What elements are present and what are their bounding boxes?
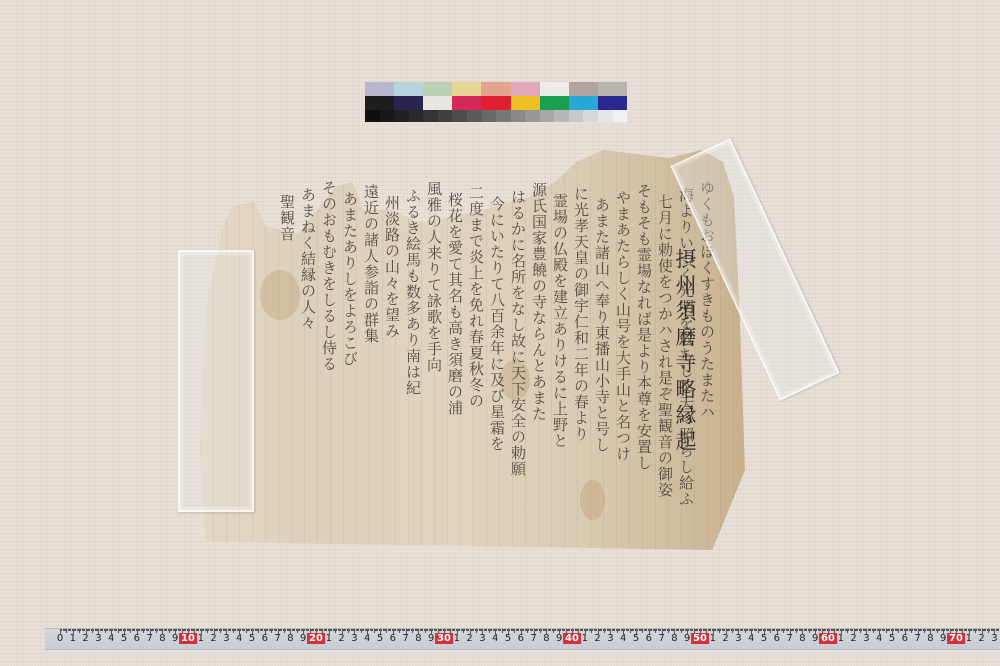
color-swatch [583, 110, 598, 122]
color-swatch [365, 110, 380, 122]
ruler-label: 9 [940, 633, 946, 644]
gray-scale-strip [365, 110, 627, 122]
color-swatch [438, 110, 453, 122]
ruler-label: 1 [198, 633, 204, 644]
ruler-label: 5 [889, 633, 895, 644]
ruler-label: 6 [518, 633, 524, 644]
ruler-label: 3 [735, 633, 741, 644]
ruler-label: 8 [159, 633, 165, 644]
color-chart-top-row [365, 82, 627, 96]
ruler-major-label: 70 [947, 633, 965, 644]
color-swatch [423, 82, 452, 96]
color-swatch [423, 110, 438, 122]
color-swatch [598, 110, 613, 122]
ruler-label: 3 [607, 633, 613, 644]
ruler-label: 5 [761, 633, 767, 644]
ruler-label: 3 [479, 633, 485, 644]
text-column: あまたありしをよろこび [341, 191, 358, 530]
ruler-label: 4 [492, 633, 498, 644]
ruler-label: 8 [799, 633, 805, 644]
color-swatch [540, 82, 569, 96]
color-swatch [481, 82, 510, 96]
color-swatch [365, 82, 394, 96]
color-swatch [394, 110, 409, 122]
color-swatch [394, 96, 423, 110]
text-column: 桜花を愛て其名も高き須磨の浦 [446, 192, 463, 530]
ruler-label: 0 [57, 633, 63, 644]
ruler-label: 5 [377, 633, 383, 644]
ruler-major-label: 50 [691, 633, 709, 644]
color-swatch [409, 110, 424, 122]
ruler-label: 2 [210, 633, 216, 644]
text-column: 今にいたりて八百余年に及び星霜を [488, 196, 505, 530]
document-title: 摂州須磨寺略縁起 [670, 248, 700, 456]
color-chart-middle-row [365, 96, 627, 110]
ruler-label: 7 [658, 633, 664, 644]
text-column: あまた諸山へ奉り東播山小寺と号し [593, 197, 610, 530]
color-swatch [525, 110, 540, 122]
text-column: に光孝天皇の御宇仁和二年の春より [572, 186, 589, 530]
text-column: 風雅の人来りて詠歌を手向 [425, 181, 442, 530]
ruler-label: 2 [82, 633, 88, 644]
ruler-label: 5 [505, 633, 511, 644]
ruler-label: 9 [428, 633, 434, 644]
ruler-label: 6 [262, 633, 268, 644]
ruler-label: 3 [991, 633, 997, 644]
text-column: そのおもむきをしるし侍る [320, 180, 337, 530]
ruler-label: 5 [249, 633, 255, 644]
color-swatch [423, 96, 452, 110]
color-swatch [394, 82, 423, 96]
ruler-label: 8 [415, 633, 421, 644]
ruler-label: 2 [850, 633, 856, 644]
ruler-label: 8 [927, 633, 933, 644]
ruler-label: 2 [466, 633, 472, 644]
ruler-label: 9 [172, 633, 178, 644]
color-swatch [554, 110, 569, 122]
ruler-label: 9 [556, 633, 562, 644]
ruler-label: 7 [914, 633, 920, 644]
ruler-label: 7 [402, 633, 408, 644]
ruler-label: 2 [722, 633, 728, 644]
ruler-label: 8 [671, 633, 677, 644]
ruler-label: 8 [543, 633, 549, 644]
ruler-label: 2 [594, 633, 600, 644]
color-calibration-chart [365, 82, 627, 122]
ruler-label: 1 [966, 633, 972, 644]
ruler-label: 3 [863, 633, 869, 644]
color-swatch [613, 110, 628, 122]
ruler-label: 4 [236, 633, 242, 644]
ruler-label: 9 [812, 633, 818, 644]
color-swatch [467, 110, 482, 122]
color-swatch [365, 96, 394, 110]
glass-weight-left [178, 250, 254, 512]
color-swatch [569, 96, 598, 110]
ruler-label: 1 [582, 633, 588, 644]
color-swatch [511, 96, 540, 110]
ruler-label: 9 [684, 633, 690, 644]
text-column: ふるき絵馬も数多あり南は紀 [404, 188, 421, 530]
ruler-label: 2 [338, 633, 344, 644]
ruler-label: 1 [70, 633, 76, 644]
ruler-major-label: 20 [307, 633, 325, 644]
text-column: そもそも霊場なれば是より本尊を安置し [635, 183, 652, 530]
ruler-label: 4 [620, 633, 626, 644]
color-swatch [452, 96, 481, 110]
color-swatch [540, 96, 569, 110]
color-swatch [511, 110, 526, 122]
text-column: 州淡路の山々を望み [383, 195, 400, 530]
color-swatch [380, 110, 395, 122]
ruler-label: 5 [121, 633, 127, 644]
ruler-label: 1 [838, 633, 844, 644]
ruler-label: 1 [454, 633, 460, 644]
color-swatch [511, 82, 540, 96]
ruler-label: 6 [902, 633, 908, 644]
color-swatch [496, 110, 511, 122]
color-swatch [482, 110, 497, 122]
ruler-label: 7 [786, 633, 792, 644]
ruler-label: 2 [978, 633, 984, 644]
color-swatch [481, 96, 510, 110]
ruler-major-label: 10 [179, 633, 197, 644]
ruler-label: 7 [146, 633, 152, 644]
color-swatch [452, 82, 481, 96]
color-swatch [452, 110, 467, 122]
ruler-label: 3 [351, 633, 357, 644]
text-column: 二度まで炎上を免れ春夏秋冬の [467, 185, 484, 530]
ruler-label: 6 [774, 633, 780, 644]
ruler-label: 4 [876, 633, 882, 644]
color-swatch [598, 82, 627, 96]
ruler-label: 9 [300, 633, 306, 644]
manuscript-text-columns: ゆくもおほくすきものうたまたハ海よりいつく光明を放ちしを天へ照らし給ふ七月に勅使… [260, 180, 715, 530]
ruler-label: 4 [108, 633, 114, 644]
ruler-label: 3 [95, 633, 101, 644]
ruler-label: 6 [646, 633, 652, 644]
ruler-label: 7 [274, 633, 280, 644]
ruler-label: 1 [326, 633, 332, 644]
text-column: 遠近の諸人参詣の群集 [362, 184, 379, 530]
ruler-label: 4 [364, 633, 370, 644]
measuring-ruler: 0123456789101234567892012345678930123456… [45, 628, 1000, 650]
text-column: やまあたらしく山号を大手山と名つけ [614, 190, 631, 530]
text-column: はるかに名所をなし故に天下安全の勅願 [509, 189, 526, 530]
ruler-label: 3 [223, 633, 229, 644]
ruler-major-label: 40 [563, 633, 581, 644]
ruler-major-label: 60 [819, 633, 837, 644]
text-column: 霊場の仏殿を建立ありけるに上野と [551, 193, 568, 530]
ruler-major-label: 30 [435, 633, 453, 644]
color-swatch [598, 96, 627, 110]
text-column: 聖観音 [278, 194, 295, 530]
ruler-label: 8 [287, 633, 293, 644]
text-column: 源氏国家豊饒の寺ならんとあまた [530, 182, 547, 530]
color-swatch [569, 110, 584, 122]
ruler-label: 5 [633, 633, 639, 644]
color-swatch [569, 82, 598, 96]
ruler-label: 6 [134, 633, 140, 644]
color-swatch [540, 110, 555, 122]
ruler-label: 1 [710, 633, 716, 644]
ruler-label: 4 [748, 633, 754, 644]
text-column: あまねく結縁の人々 [299, 187, 316, 530]
ruler-label: 6 [390, 633, 396, 644]
ruler-label: 7 [530, 633, 536, 644]
